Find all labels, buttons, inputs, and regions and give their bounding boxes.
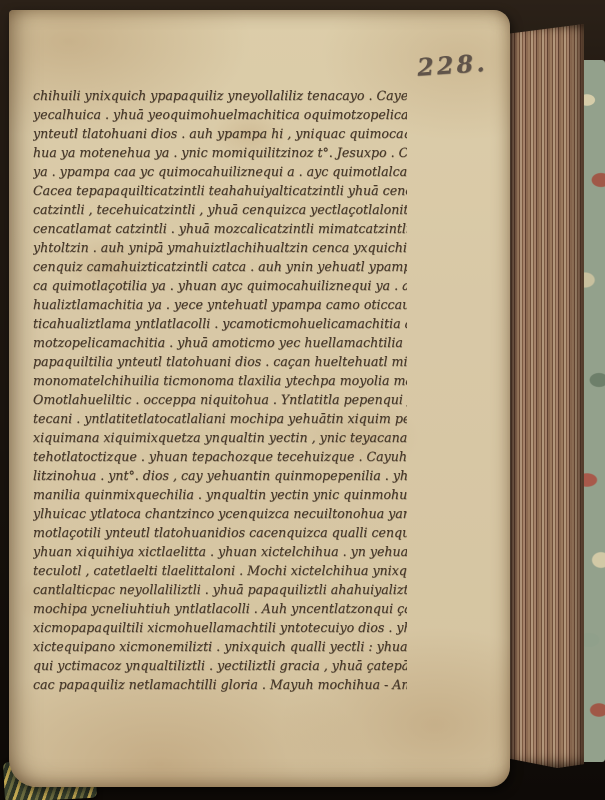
- text-line: catzintli , tecehuicatzintli , yhuā cenq…: [33, 200, 407, 219]
- text-line: cantlalticpac neyollaliliztli . yhuā pap…: [33, 580, 407, 599]
- text-line: qui yctimacoz ynqualtiliztli . yectilizt…: [33, 656, 407, 675]
- text-line: ya . ypampa caa yc quimocahuiliznequi a …: [33, 162, 407, 181]
- text-line: hualiztlamachitia ya . yece yntehuatl yp…: [33, 295, 407, 314]
- page-text: chihuili ynixquich ypapaquiliz yneyollal…: [33, 86, 407, 694]
- text-line: tecani . yntlatitetlatocatlaliani mochip…: [33, 409, 407, 428]
- folio-number: 228.: [416, 47, 498, 82]
- text-line: hua ya motenehua ya . ynic momiquilitzin…: [33, 143, 407, 162]
- text-line: motlaçotili ynteutl tlatohuanidios cacen…: [33, 523, 407, 542]
- text-line: litzinohua . ynt°. dios , cay yehuantin …: [33, 466, 407, 485]
- text-line: teculotl , catetlaelti tlaelittaloni . M…: [33, 561, 407, 580]
- text-line: ca quimotlaçotilia ya . yhuan ayc quimoc…: [33, 276, 407, 295]
- text-line: motzopelicamachitia . yhuā amoticmo yec …: [33, 333, 407, 352]
- book-page: 228. chihuili ynixquich ypapaquiliz yney…: [9, 10, 510, 787]
- text-line: cenquiz camahuizticatzintli catca . auh …: [33, 257, 407, 276]
- text-line: ticahualiztlama yntlatlacolli . ycamotic…: [33, 314, 407, 333]
- text-line: papaquiltilia ynteutl tlatohuani dios . …: [33, 352, 407, 371]
- text-line: manilia quinmixquechilia . ynqualtin yec…: [33, 485, 407, 504]
- text-line: xictequipano xicmonemilizti . ynixquich …: [33, 637, 407, 656]
- text-line: tehotlatoctizque . yhuan tepachozque tec…: [33, 447, 407, 466]
- text-line: Omotlahueliltic . occeppa niquitohua . Y…: [33, 390, 407, 409]
- text-line: monomatelchihuilia ticmonoma tlaxilia yt…: [33, 371, 407, 390]
- fore-edge-pages: [506, 24, 584, 768]
- text-line: chihuili ynixquich ypapaquiliz yneyollal…: [33, 86, 407, 105]
- marbled-endpaper: [581, 60, 605, 762]
- text-line: yhtoltzin . auh ynipā ymahuiztlachihualt…: [33, 238, 407, 257]
- text-line: cencatlamat catzintli . yhuā mozcalicatz…: [33, 219, 407, 238]
- text-line: ynteutl tlatohuani dios . auh ypampa hi …: [33, 124, 407, 143]
- text-line: yecalhuica . yhuā yeoquimohuelmachitica …: [33, 105, 407, 124]
- text-line: cac papaquiliz netlamachtilli gloria . M…: [33, 675, 407, 694]
- text-line: Cacea tepapaquilticatzintli teahahuiyalt…: [33, 181, 407, 200]
- text-line: ylhuicac ytlatoca chantzinco ycenquizca …: [33, 504, 407, 523]
- text-line: yhuan xiquihiya xictlaelitta . yhuan xic…: [33, 542, 407, 561]
- text-line: mochipa ycneliuhtiuh yntlatlacolli . Auh…: [33, 599, 407, 618]
- manuscript-photo: 228. chihuili ynixquich ypapaquiliz yney…: [0, 0, 605, 800]
- text-line: xicmopapaquiltili xicmohuellamachtili yn…: [33, 618, 407, 637]
- text-line: xiquimana xiquimixquetza ynqualtin yecti…: [33, 428, 407, 447]
